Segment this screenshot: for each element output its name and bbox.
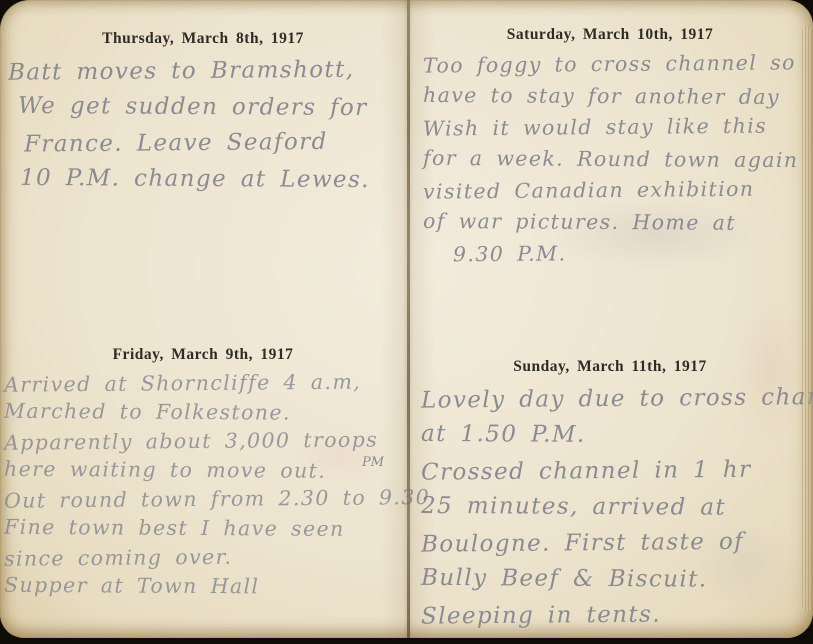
entry-date-header: Friday, March 9th, 1917 bbox=[0, 346, 406, 364]
handwriting-block: Lovely day due to cross channel at 1.50 … bbox=[407, 381, 813, 633]
handwritten-line: here waiting to move out. bbox=[0, 455, 406, 486]
handwritten-line: Fine town best I have seen bbox=[0, 513, 406, 544]
diary-page-right: Saturday, March 10th, 1917 Too foggy to … bbox=[407, 0, 813, 638]
handwritten-line: Arrived at Shorncliffe 4 a.m, bbox=[0, 367, 406, 400]
entry-sunday-march-11: Sunday, March 11th, 1917 Lovely day due … bbox=[407, 358, 813, 633]
handwritten-line: 10 P.M. change at Lewes. bbox=[0, 160, 406, 198]
handwritten-line: Out round town from 2.30 to 9.30 bbox=[0, 483, 406, 516]
handwritten-line: of war pictures. Home at bbox=[407, 205, 813, 239]
handwritten-line: Crossed channel in 1 hr bbox=[407, 451, 813, 491]
entry-date-header: Saturday, March 10th, 1917 bbox=[407, 26, 813, 44]
entry-thursday-march-8: Thursday, March 8th, 1917 Batt moves to … bbox=[0, 30, 406, 197]
handwriting-block: Arrived at Shorncliffe 4 a.m, Marched to… bbox=[0, 369, 406, 601]
entry-date-header: Thursday, March 8th, 1917 bbox=[0, 30, 406, 48]
handwritten-line: since coming over. bbox=[0, 541, 406, 574]
handwritten-line: Wish it would stay like this bbox=[407, 110, 813, 145]
handwritten-line: have to stay for another day bbox=[407, 79, 813, 113]
handwritten-line: 9.30 P.M. bbox=[407, 236, 813, 271]
handwritten-line: Lovely day due to cross channel bbox=[407, 379, 813, 419]
pm-superscript-annotation: PM bbox=[362, 455, 384, 470]
handwritten-line: Apparently about 3,000 troops bbox=[0, 425, 406, 458]
handwritten-line: 25 minutes, arrived at bbox=[407, 488, 813, 526]
handwritten-line: We get sudden orders for bbox=[0, 88, 406, 126]
entry-saturday-march-10: Saturday, March 10th, 1917 Too foggy to … bbox=[407, 26, 813, 270]
handwritten-line: Sleeping in tents. bbox=[407, 595, 813, 635]
book-gutter-binding bbox=[407, 0, 410, 638]
handwritten-line: France. Leave Seaford bbox=[0, 123, 406, 163]
handwritten-line: Too foggy to cross channel so bbox=[407, 47, 813, 82]
handwritten-line: Marched to Folkestone. bbox=[0, 397, 406, 428]
handwritten-line: Batt moves to Bramshott, bbox=[0, 51, 406, 91]
page-edge-stack bbox=[802, 26, 812, 612]
handwritten-line: Supper at Town Hall bbox=[0, 571, 406, 602]
handwritten-line: for a week. Round town again bbox=[407, 142, 813, 176]
entry-friday-march-9: Friday, March 9th, 1917 Arrived at Shorn… bbox=[0, 346, 406, 601]
entry-date-header: Sunday, March 11th, 1917 bbox=[407, 358, 813, 376]
handwritten-line: at 1.50 P.M. bbox=[407, 416, 813, 454]
handwriting-block: Batt moves to Bramshott, We get sudden o… bbox=[0, 53, 406, 197]
handwriting-block: Too foggy to cross channel so have to st… bbox=[407, 49, 813, 270]
handwritten-line: visited Canadian exhibition bbox=[407, 173, 813, 208]
diary-page-spread: Thursday, March 8th, 1917 Batt moves to … bbox=[0, 0, 813, 638]
diary-page-left: Thursday, March 8th, 1917 Batt moves to … bbox=[0, 0, 406, 638]
handwritten-line: Boulogne. First taste of bbox=[407, 523, 813, 563]
handwritten-line: Bully Beef & Biscuit. bbox=[407, 560, 813, 598]
diary-book: Thursday, March 8th, 1917 Batt moves to … bbox=[0, 0, 813, 644]
